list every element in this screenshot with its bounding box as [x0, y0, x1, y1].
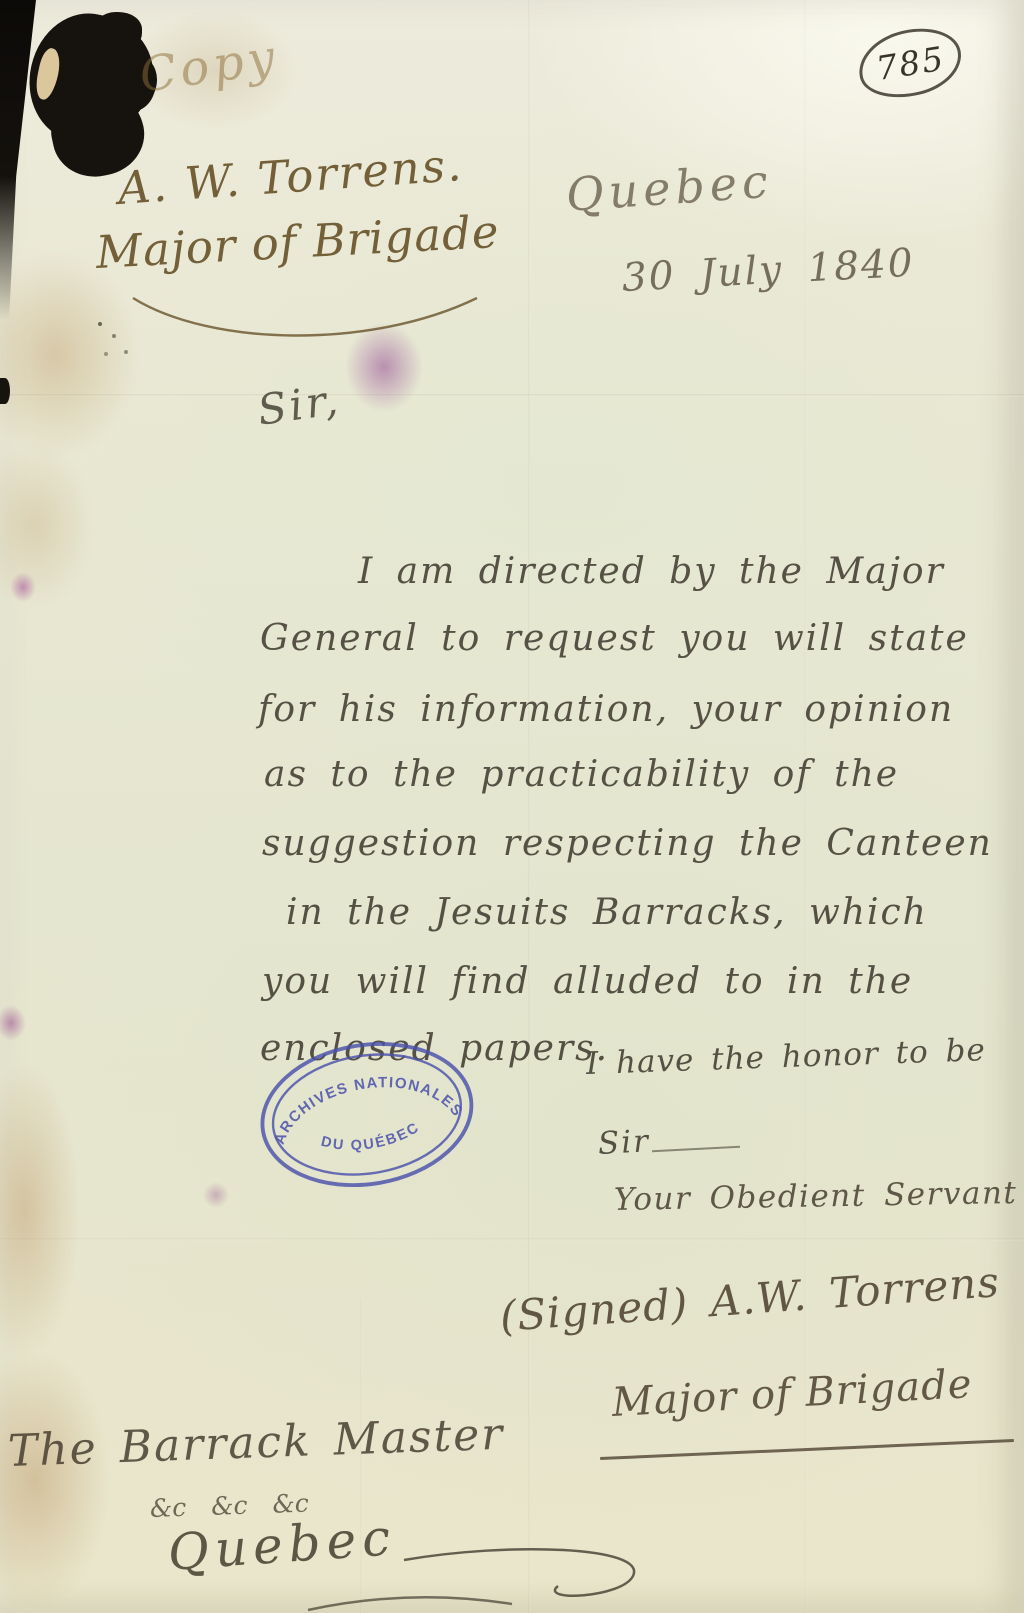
stamp-text-top: ARCHIVES NATIONALES: [263, 1061, 467, 1149]
horizontal-fold-line: [0, 1238, 1024, 1241]
body-line: suggestion respecting the Canteen: [262, 810, 982, 877]
salutation: Sir,: [255, 375, 344, 435]
body-line: as to the practicability of the: [264, 741, 984, 808]
title-flourish: [115, 288, 495, 358]
ink-specks: [98, 322, 102, 326]
stamp-text-bottom: DU QUÉBEC: [317, 1118, 425, 1160]
edge-ink-mark: [0, 378, 10, 404]
tan-stain: [0, 1350, 110, 1610]
closing-line-servant: Your Obedient Servant: [614, 1175, 1018, 1218]
wax-seal: [92, 12, 142, 52]
archive-number-badge: 785: [852, 19, 968, 107]
scanned-letter-page: Copy 785 A. W. Torrens. Major of Brigade…: [0, 0, 1024, 1613]
tan-stain: [0, 1060, 80, 1360]
body-line: for his information, your opinion: [258, 676, 978, 743]
body-line: in the Jesuits Barracks, which: [286, 879, 1006, 946]
signature-title: Major of Brigade: [611, 1361, 974, 1426]
svg-text:DU QUÉBEC: DU QUÉBEC: [317, 1118, 425, 1160]
sir-dash-stroke: [652, 1146, 740, 1153]
signed-line: (Signed) A.W. Torrens: [498, 1257, 1001, 1341]
date-line: 30 July 1840: [621, 241, 916, 301]
body-line: I am directed by the Major: [358, 538, 1024, 605]
sender-title: Major of Brigade: [95, 205, 501, 279]
horizontal-fold-line: [0, 394, 1024, 397]
body-line: you will find alluded to in the: [262, 948, 982, 1015]
signature-underline: [600, 1439, 1014, 1460]
purple-stain: [0, 1005, 26, 1041]
bottom-partial-stroke: [300, 1592, 520, 1613]
purple-stain: [10, 572, 36, 602]
closing-line-sir: Sir: [597, 1123, 651, 1162]
purple-stain: [203, 1182, 229, 1208]
body-line: General to request you will state: [260, 605, 980, 672]
sender-name: A. W. Torrens.: [116, 138, 465, 215]
place-line: Quebec: [564, 154, 774, 222]
svg-text:ARCHIVES NATIONALES: ARCHIVES NATIONALES: [263, 1061, 467, 1149]
body-paragraph: I am directed by the Major General to re…: [256, 538, 976, 1074]
archive-number: 785: [873, 38, 947, 87]
